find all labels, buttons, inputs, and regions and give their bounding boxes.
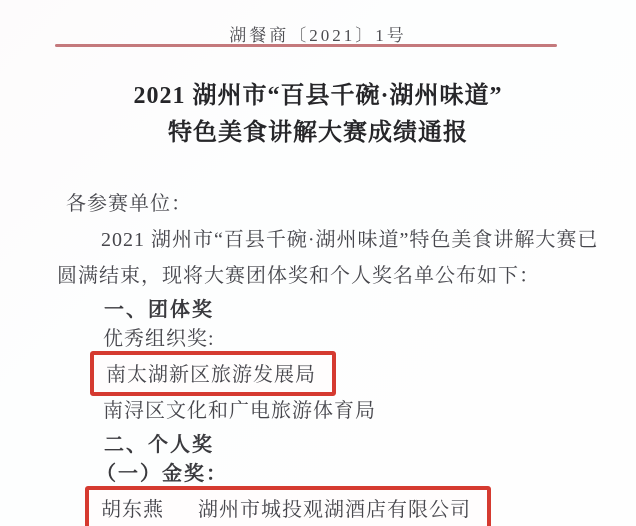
intro-line-2: 圆满结束，现将大赛团体奖和个人奖名单公布如下： (57, 258, 587, 294)
red-header-divider (55, 44, 557, 47)
salutation: 各参赛单位： (66, 187, 192, 216)
highlight-box-org-winner: 南太湖新区旅游发展局 (90, 351, 336, 396)
document-title-line2: 特色美食讲解大赛成绩通报 (168, 120, 468, 146)
scanned-official-document: 湖餐商〔2021〕1号 2021 湖州市“百县千碗·湖州味道” 特色美食讲解大赛… (0, 0, 636, 526)
document-title-line1: 2021 湖州市“百县千碗·湖州味道” (133, 83, 502, 109)
gold-award-label: （一）金奖： (96, 457, 228, 486)
section-heading-individual-award: 二、个人奖 (104, 428, 214, 457)
document-number: 湖餐商〔2021〕1号 (0, 21, 636, 46)
intro-paragraph: 2021 湖州市“百县千碗·湖州味道”特色美食讲解大赛已 圆满结束，现将大赛团体… (57, 222, 587, 294)
intro-line-1: 2021 湖州市“百县千碗·湖州味道”特色美食讲解大赛已 (57, 222, 587, 258)
gold-winner-name: 胡东燕 (101, 499, 164, 521)
document-title: 2021 湖州市“百县千碗·湖州味道” 特色美食讲解大赛成绩通报 (0, 78, 636, 152)
highlight-box-gold-winner: 胡东燕湖州市城投观湖酒店有限公司 (85, 486, 491, 526)
gold-winner-org: 湖州市城投观湖酒店有限公司 (198, 499, 471, 521)
org-award-label: 优秀组织奖: (103, 322, 215, 351)
section-heading-team-award: 一、团体奖 (104, 293, 214, 322)
org-award-winner-second: 南浔区文化和广电旅游体育局 (103, 394, 376, 423)
org-award-winner-highlighted: 南太湖新区旅游发展局 (106, 364, 316, 386)
